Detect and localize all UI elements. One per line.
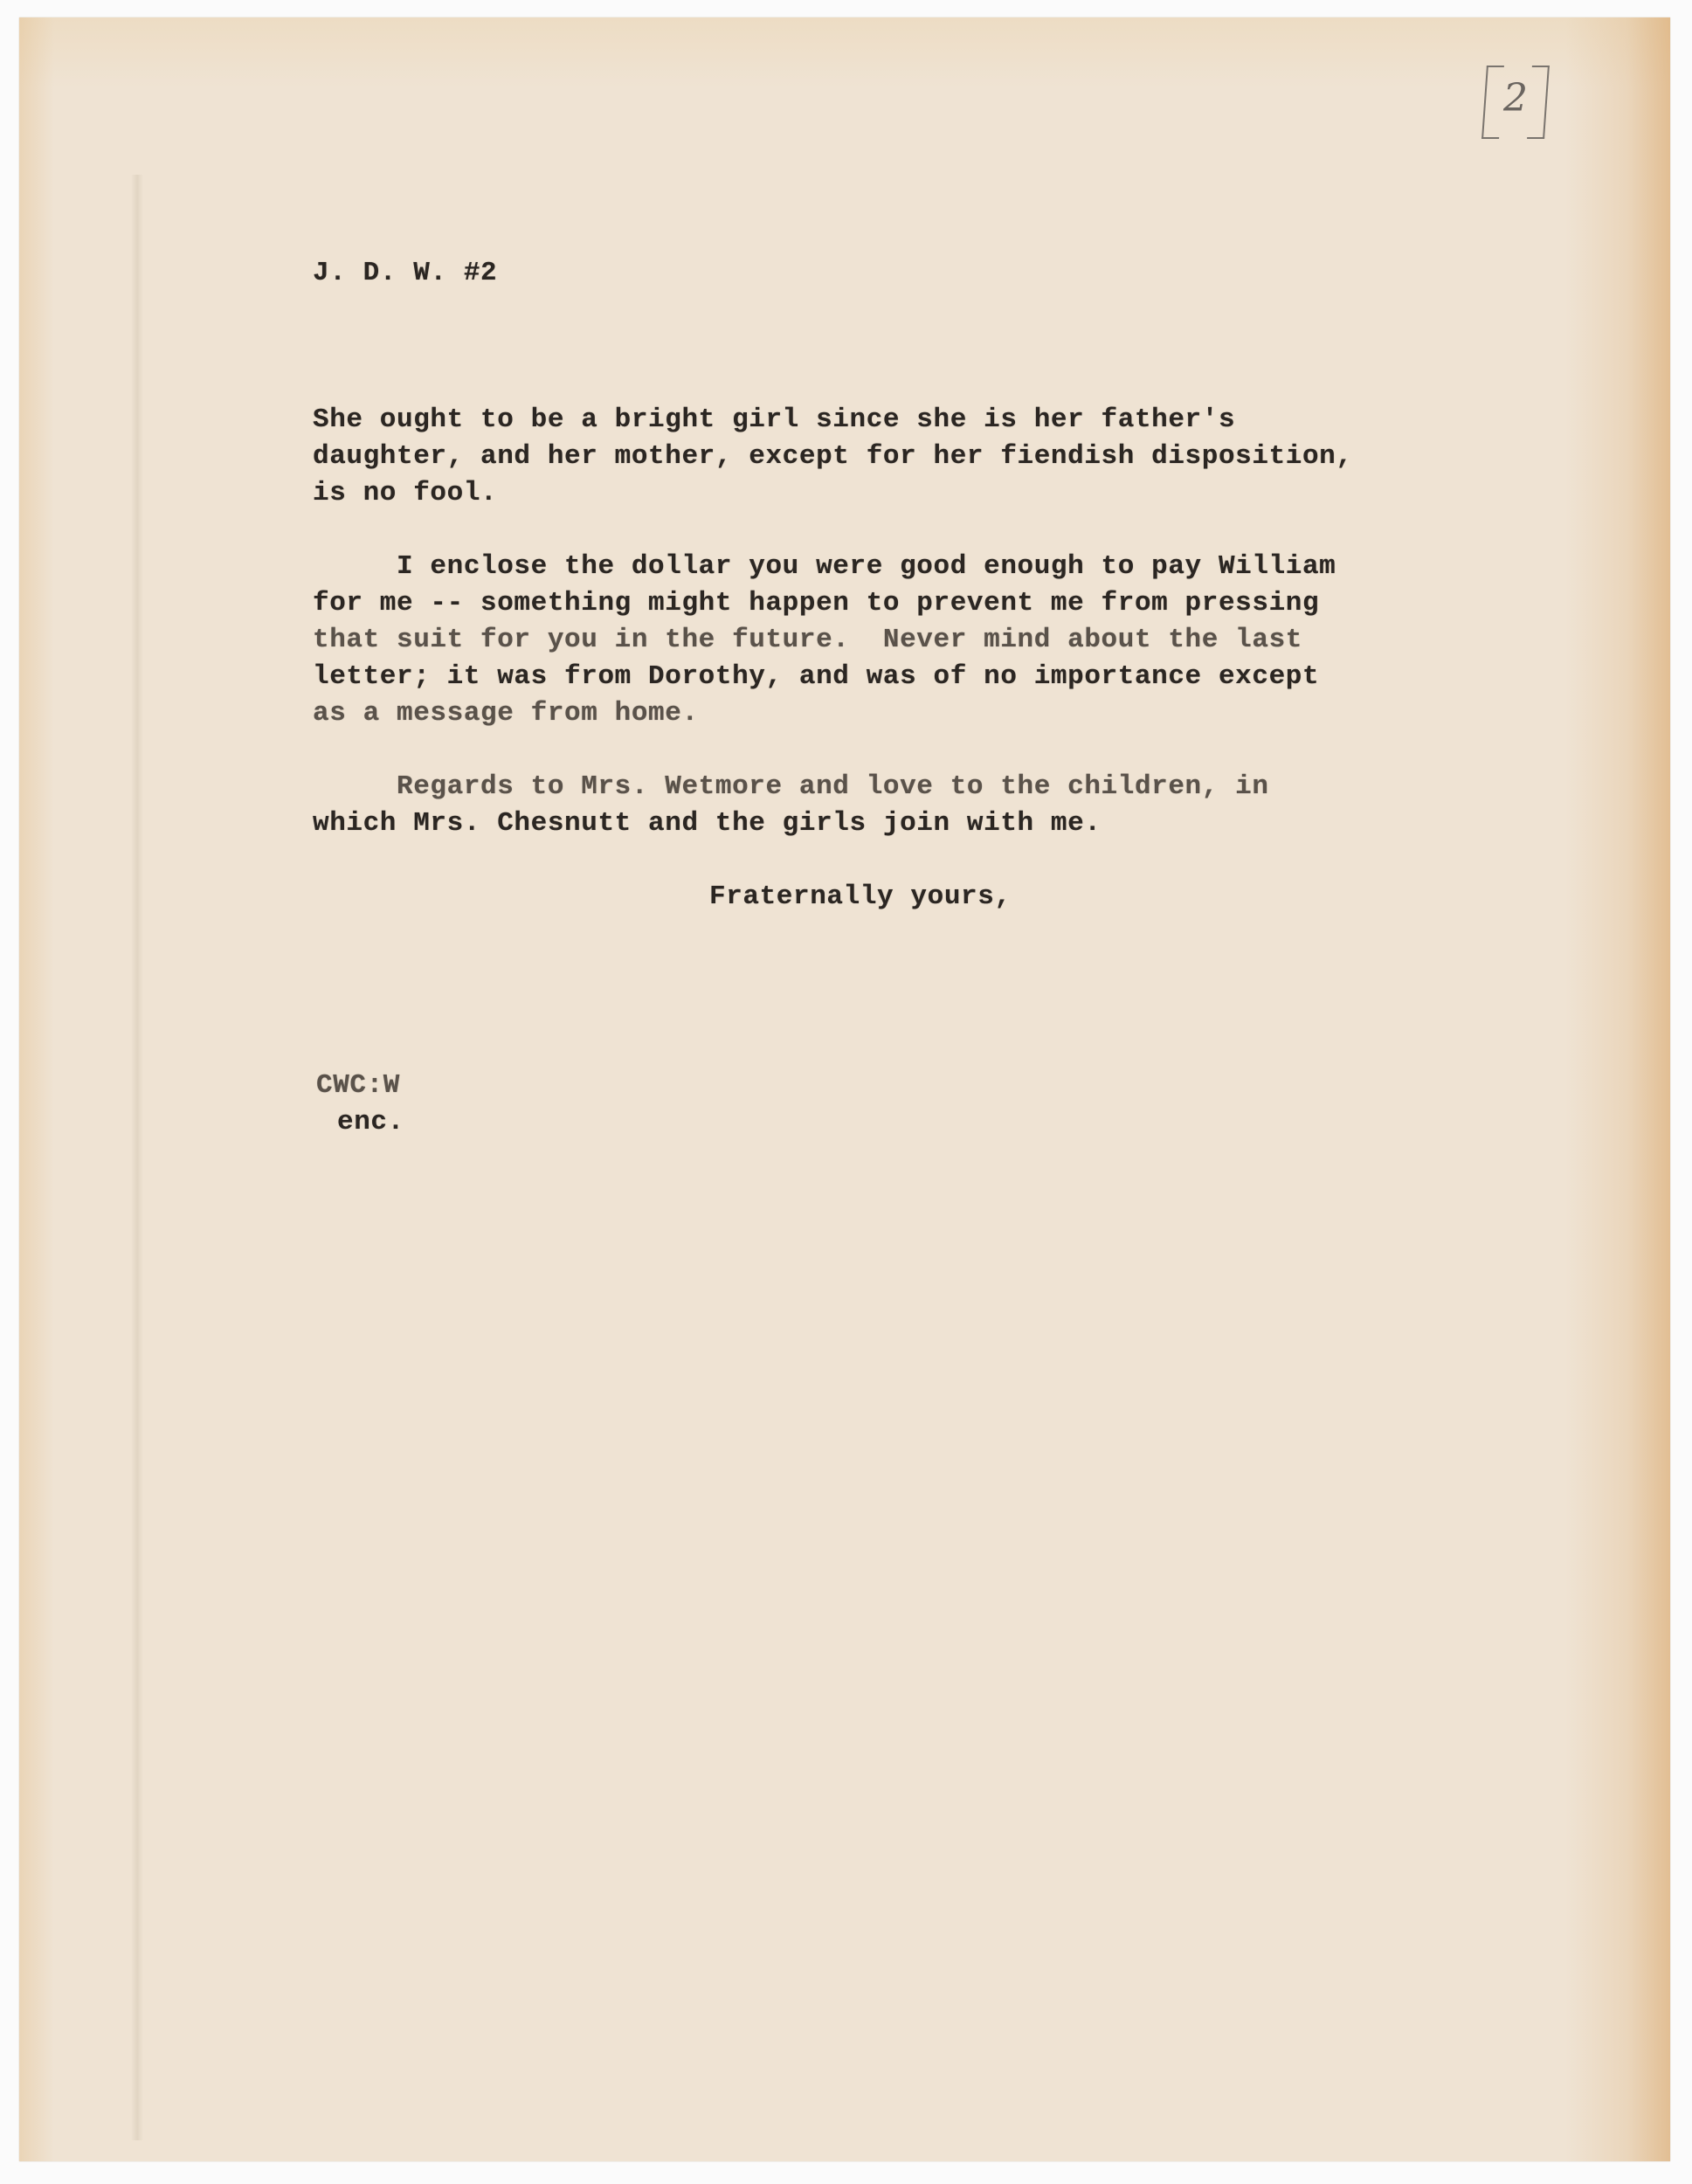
page-number: 2 — [1503, 76, 1528, 121]
paragraph-3-line-2: which Mrs. Chesnutt and the girls join w… — [313, 805, 1102, 842]
reference-initials: CWC:W — [316, 1068, 400, 1104]
margin-fold-line — [131, 175, 143, 2140]
page-number-annotation: 2 — [1481, 66, 1550, 135]
paragraph-2-line-2: for me -- something might happen to prev… — [313, 585, 1319, 622]
paragraph-1-line-3: is no fool. — [313, 475, 497, 512]
paragraph-2-line-5: as a message from home. — [313, 695, 699, 732]
paragraph-2-line-4: letter; it was from Dorothy, and was of … — [313, 659, 1319, 695]
enclosure-note: enc. — [337, 1104, 404, 1141]
letter-heading: J. D. W. #2 — [313, 255, 497, 292]
paragraph-2-line-3: that suit for you in the future. Never m… — [313, 622, 1302, 659]
right-bracket-mark — [1527, 66, 1550, 139]
paragraph-1-line-2: daughter, and her mother, except for her… — [313, 439, 1353, 475]
letter-page — [19, 17, 1670, 2161]
paragraph-2-line-1: I enclose the dollar you were good enoug… — [313, 549, 1336, 585]
paragraph-1-line-1: She ought to be a bright girl since she … — [313, 402, 1235, 439]
left-bracket-mark — [1481, 66, 1504, 139]
paragraph-3-line-1: Regards to Mrs. Wetmore and love to the … — [313, 769, 1269, 805]
closing-salutation: Fraternally yours, — [709, 879, 1012, 916]
